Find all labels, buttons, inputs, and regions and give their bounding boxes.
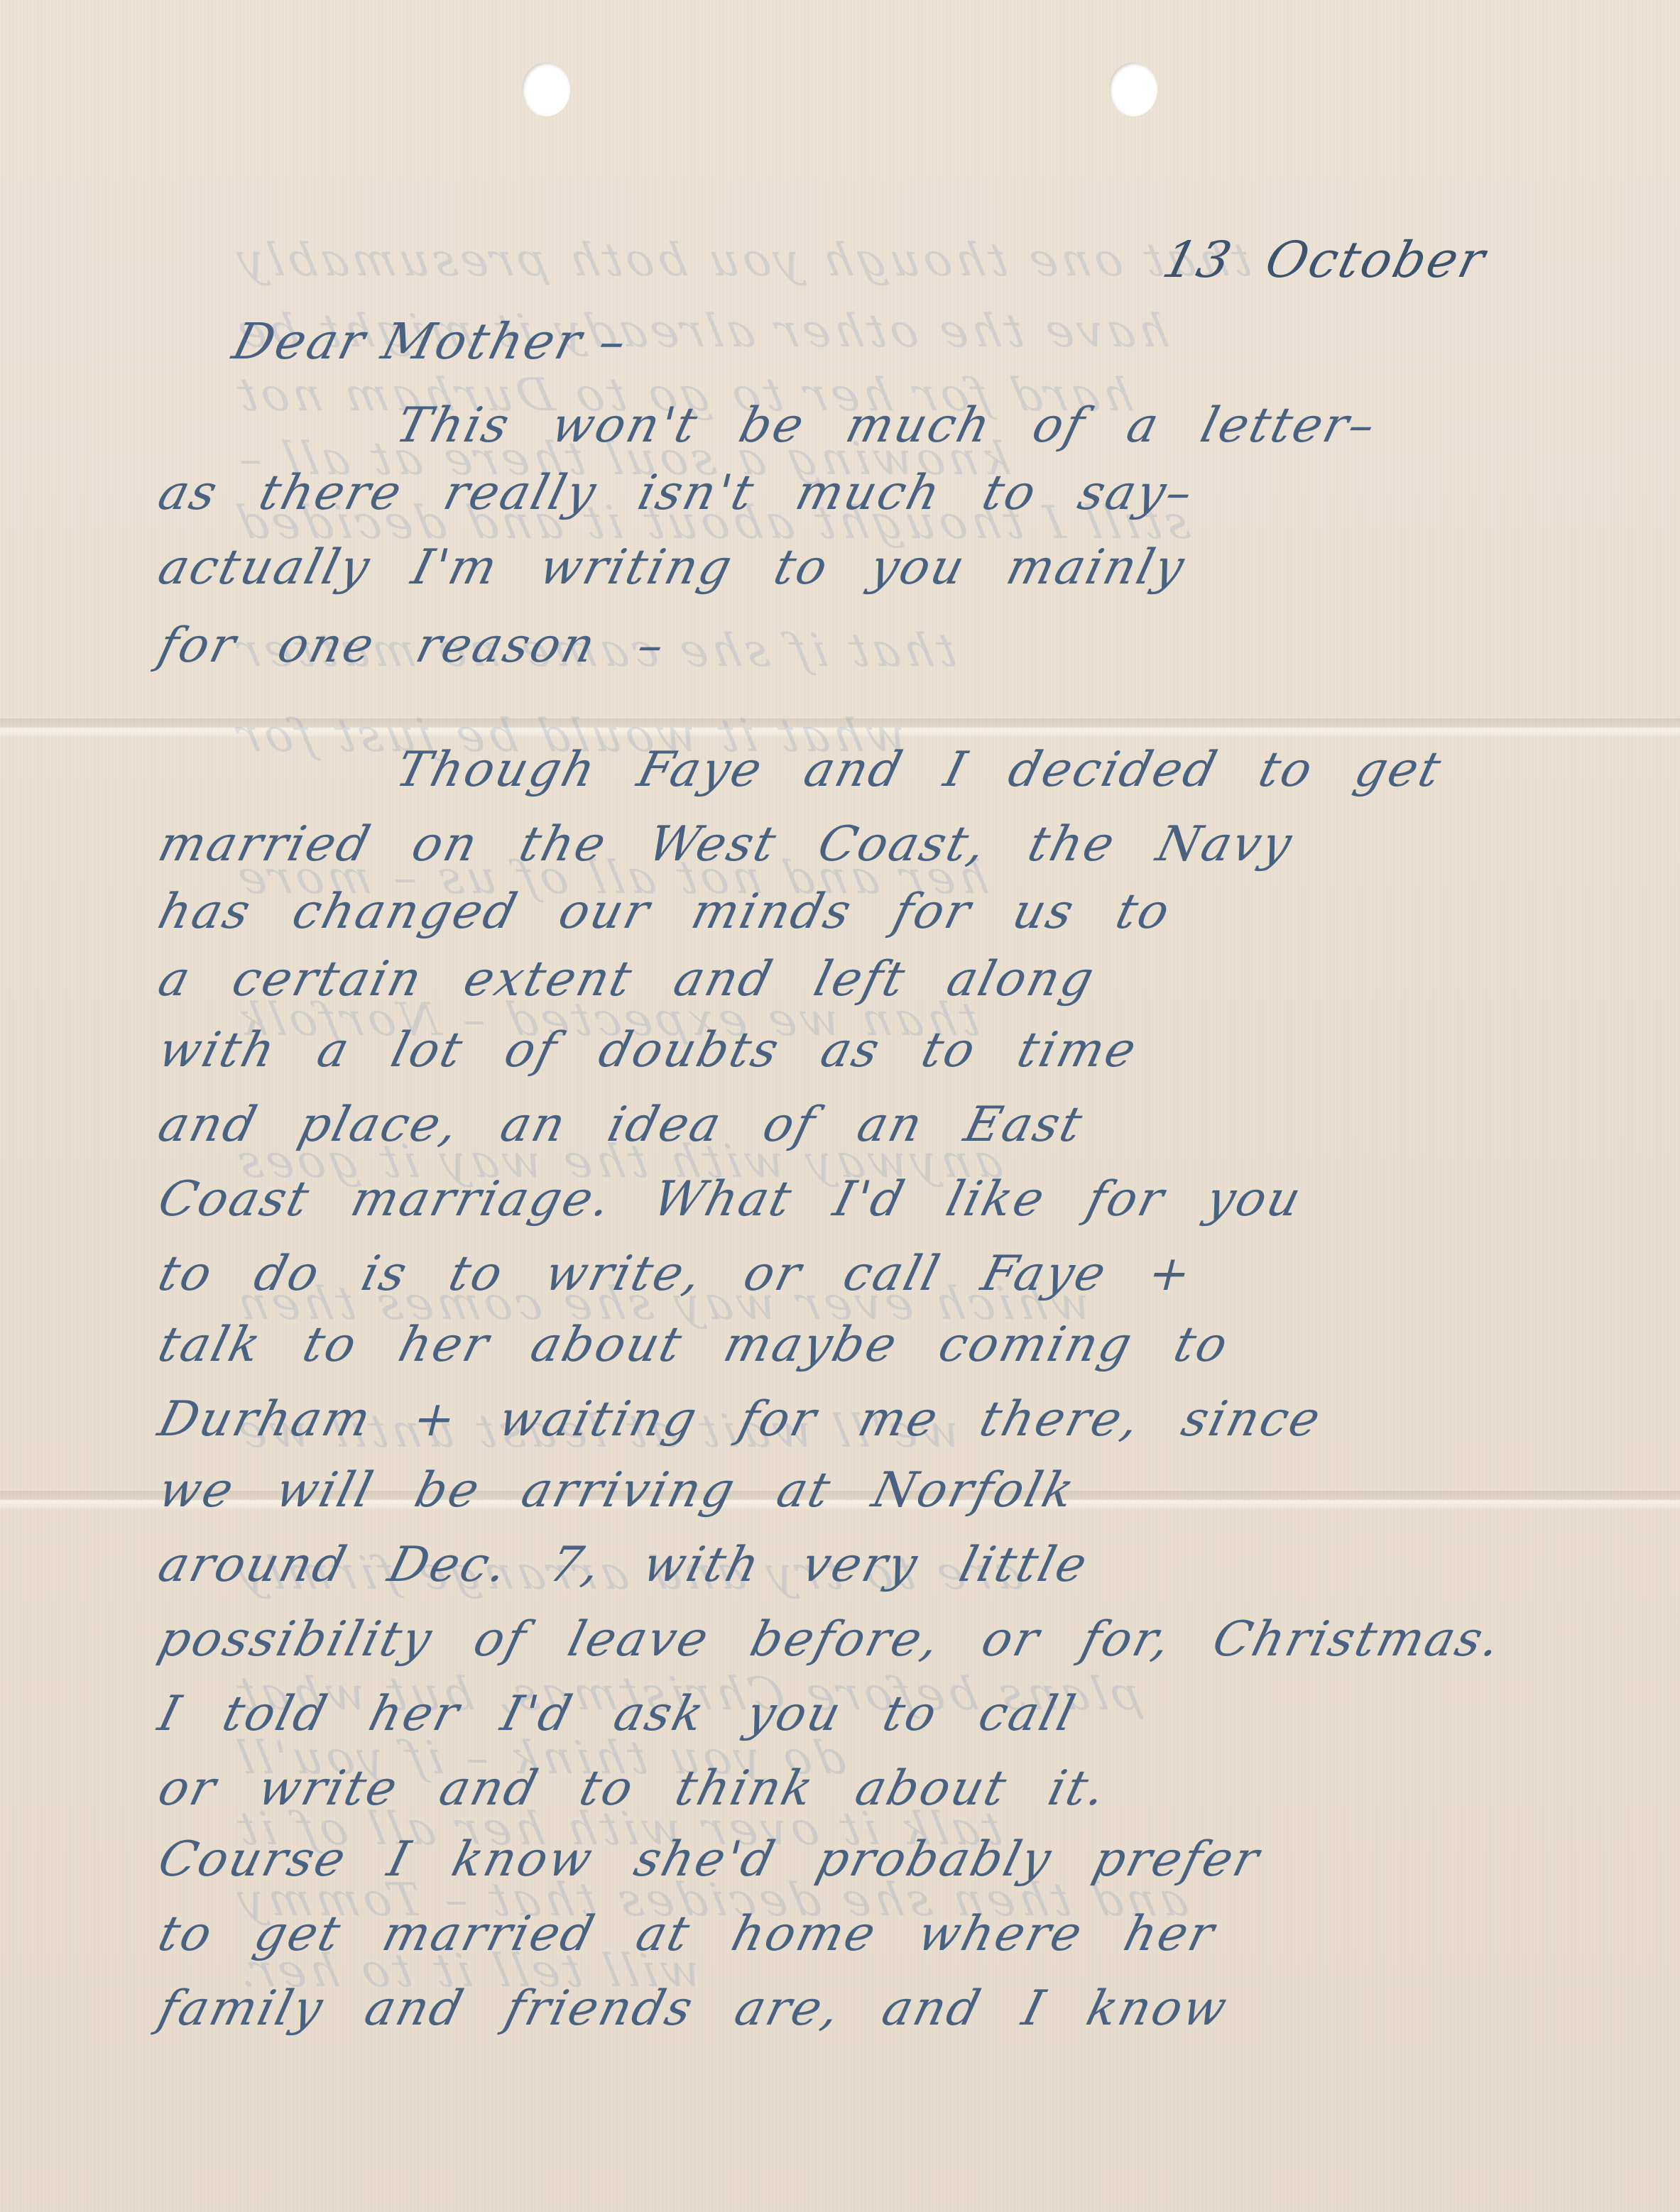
letter-line: we will be arriving at Norfolk [153, 1462, 1081, 1518]
letter-line: and place, an idea of an East [153, 1097, 1089, 1153]
letter-line: actually I'm writing to you mainly [153, 540, 1191, 596]
punch-hole-left [522, 62, 570, 116]
letter-line: married on the West Coast, the Navy [153, 816, 1299, 872]
letter-line: Durham + waiting for me there, since [153, 1391, 1328, 1447]
letter-line: talk to her about maybe coming to [153, 1317, 1235, 1373]
letter-line: has changed our minds for us to [153, 884, 1177, 940]
letter-date: 13 October [1157, 231, 1493, 289]
salutation: Dear Mother – [227, 312, 635, 371]
show-through-line: that one though you both presumably [229, 234, 1256, 287]
letter-line: or write and to think about it. [153, 1761, 1113, 1817]
letter-line: Though Faye and I decided to get [391, 742, 1448, 798]
letter-line: with a lot of doubts as to time [153, 1022, 1143, 1078]
letter-line: Course I know she'd probably prefer [153, 1832, 1266, 1888]
letter-line: to do is to write, or call Faye + [153, 1246, 1199, 1302]
letter-line: This won't be much of a letter– [391, 398, 1382, 454]
punch-hole-right [1109, 62, 1157, 116]
letter-line: as there really isn't much to say– [153, 465, 1200, 521]
letter-line: family and friends are, and I know [153, 1981, 1234, 2037]
letter-line: Coast marriage. What I'd like for you [153, 1171, 1308, 1227]
letter-line: to get married at home where her [153, 1906, 1221, 1962]
letter-line: for one reason – [153, 618, 672, 674]
letter-line: a certain extent and left along [153, 951, 1101, 1007]
letter-line: around Dec. 7, with very little [153, 1537, 1094, 1593]
letter-page: that one though you both presumably have… [0, 0, 1680, 2212]
letter-line: I told her I'd ask you to call [153, 1686, 1082, 1742]
letter-line: possibility of leave before, or for, Chr… [153, 1611, 1507, 1668]
